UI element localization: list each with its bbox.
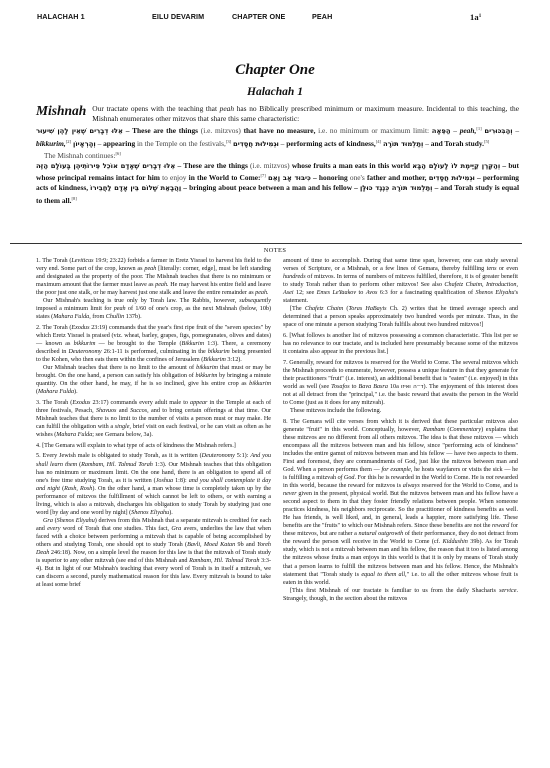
note-emphasis: Shenos Eliyahu [131,510,169,516]
gloss: one's [350,173,365,182]
note-emphasis: And you shall learn them [36,453,271,467]
running-head-chapter: CHAPTER ONE [232,12,285,21]
hebrew-phrase: וּגְמִילוּת חֲסָדִים [233,140,279,148]
note-emphasis: Gra [171,526,181,532]
intro-text: Our tractate opens with the teaching tha… [92,104,219,113]
note-emphasis: Commentary [449,427,481,433]
note-emphasis: bikkurim [249,381,271,387]
note-emphasis: Joshua [156,478,173,484]
note-paragraph: These mitzvos include the following. [283,407,518,415]
notes-column-left: 1. The Torah (Leviticus 19:9; 23:22) for… [36,257,271,589]
translation: – These are the things [175,161,250,170]
note-paragraph: 5. Every Jewish male is obligated to stu… [36,452,271,516]
note-emphasis: bikkurim [208,349,230,355]
note-emphasis: every [47,526,60,532]
note-paragraph: Our Mishnah teaches that there is no lim… [36,364,271,396]
note-paragraph: Gra (Shenos Eliyahu) derives from this M… [36,517,271,589]
notes-divider [10,243,522,244]
note-emphasis: Gra [43,518,53,524]
page-number: 1a1 [470,12,481,22]
hebrew-phrase: אֵלּוּ דְבָרִים שֶׁאָדָם אוֹכֵל פֵּירוֹת… [36,162,175,170]
note-emphasis: tens [487,266,497,272]
note-emphasis: for example [381,467,410,473]
gloss: to enjoy [160,173,189,182]
halachah-title: Halachah 1 [0,86,550,98]
note-emphasis: Rambam, Hil. Talmud Torah [189,558,259,564]
hebrew-phrase: כִּיבּוּד אָב וָאֵם [268,174,311,182]
chapter-title: Chapter One [0,62,550,79]
note-emphasis: Bava Basra [359,384,388,390]
note-emphasis: Mahara Fulda [56,432,92,438]
note-emphasis: not [486,475,494,481]
footnote-ref[interactable]: [7] [260,173,265,178]
note-emphasis: Shavuos [96,408,116,414]
footnote-ref[interactable]: [8] [72,196,77,201]
translation: that have no measure, [241,126,316,135]
note-emphasis: Exodus [71,325,89,331]
note-emphasis: peah [114,306,126,312]
note-emphasis: Bavli, Moed Katan [187,542,235,548]
note-emphasis: reward [492,523,509,529]
running-head-tractate: EILU DEVARIM [152,12,204,21]
note-emphasis: service [499,588,516,594]
hebrew-phrase: וּגְמִילוּת חֲסָדִים [429,174,475,182]
note-emphasis: Chafetz Chaim [305,306,343,312]
note-emphasis: Tosafos [331,384,350,390]
translation: father and mother, [365,173,429,182]
note-emphasis: Avos [366,290,378,296]
hebrew-phrase: וַהֲבָאַת שָׁלוֹם בֵּין אָדָם לַחֲבֵירוֹ [90,184,181,192]
translation: bikkurim, [36,139,66,148]
translation: peah, [460,126,477,135]
notes-column-right: amount of time to accomplish. During tha… [283,257,518,603]
note-paragraph: 6. [What follows is another list of mitz… [283,332,518,356]
hebrew-phrase: וְהָרְאָיוֹן [73,140,96,148]
note-hebrew: ד״ה ואיזו [401,384,424,390]
note-paragraph: [The Chafetz Chaim (Toras HaBayis Ch. 2)… [283,305,518,329]
note-emphasis: never [283,491,297,497]
footnote-ref[interactable]: [1] [476,126,481,131]
note-emphasis: natural outgrowth [359,531,404,537]
note-paragraph: 3. The Torah (Exodus 23:17) commands eve… [36,399,271,439]
translation: – These are the things [123,126,201,135]
note-emphasis: Bikkurim [182,341,205,347]
note-emphasis: Maharа Fulda [53,314,89,320]
note-emphasis: Emes LeYaakov [317,290,356,296]
note-emphasis: hundreds [283,274,306,280]
footnote-ref[interactable]: [4] [376,139,381,144]
note-emphasis: bikkurim [74,341,96,347]
note-emphasis: Shenos Eliyahu [57,518,95,524]
footnote-ref[interactable]: [2] [66,139,71,144]
note-paragraph: 8. The Gemara will cite verses from whic… [283,418,518,587]
note-emphasis: bikkurim [196,373,218,379]
mishnah-label: Mishnah [36,103,86,118]
note-emphasis: Deuteronomy [68,349,101,355]
note-emphasis: Succos [130,408,147,414]
translation: in the World to Come: [189,173,261,182]
mishnah-list-1: אֵלּוּ דְבָרִים שֶׁאֵין לָהֶן שִׁיעוּר –… [36,124,519,148]
note-emphasis: of God [338,475,355,481]
note-emphasis: bikkurim [196,365,218,371]
note-emphasis: peah [144,266,156,272]
continues-text: The Mishnah continues: [44,151,115,160]
note-emphasis: Rambam [423,427,445,433]
gloss: in the Temple on the festivals, [135,139,226,148]
note-emphasis: Rash, Rosh [64,486,92,492]
hebrew-phrase: אֵלּוּ דְבָרִים שֶׁאֵין לָהֶן שִׁיעוּר [36,127,123,135]
note-paragraph: 7. Generally, reward for mitzvos is rese… [283,359,518,407]
note-emphasis: Shenos Eliyahu [476,290,515,296]
footnote-ref[interactable]: [3] [226,139,231,144]
notes-heading: NOTES [0,247,550,254]
mishnah-intro: Our tractate opens with the teaching tha… [36,104,519,124]
hebrew-phrase: וְהַבִּכּוּרִים [484,127,512,135]
page-number-value: 1a [470,12,479,22]
translation: and Torah study. [431,139,484,148]
note-emphasis: Chullin [106,314,124,320]
translation: – honoring [311,173,350,182]
hebrew-phrase: וְתַלְמוּד תּוֹרָה [383,140,423,148]
running-head-section: PEAH [312,12,332,21]
translation: performing acts of kindness, [286,139,376,148]
note-emphasis: Mahara Fulda [38,389,74,395]
hebrew-phrase: וְתַלְמוּד תּוֹרָה כְּנֶגֶד כּוּלָּן [360,184,433,192]
hebrew-phrase: וְהַקֶּרֶן קַיֶּימֶת לוֹ לָעוֹלָם הַבָּא [412,162,500,170]
note-emphasis: Leviticus [71,258,93,264]
note-emphasis: appear [190,400,207,406]
note-paragraph: 1. The Torah (Leviticus 19:9; 23:22) for… [36,257,271,297]
note-emphasis: Bikkurim [203,357,226,363]
note-emphasis: Toras HaBayis [348,306,386,312]
running-head-halachah: HALACHAH 1 [37,12,85,21]
note-emphasis: peah. [255,290,268,296]
note-emphasis: always [403,483,420,489]
note-paragraph: 2. The Torah (Exodus 23:19) commands tha… [36,324,271,364]
note-emphasis: Yoreh Deah [36,542,271,556]
note-paragraph: [This first Mishnah of our tractate is f… [283,587,518,603]
note-paragraph: Our Mishnah's teaching is true only by T… [36,297,271,321]
gloss: (i.e. mitzvos) [250,161,290,170]
page-number-sup: 1 [479,14,482,19]
note-paragraph: amount of time to accomplish. During tha… [283,257,518,305]
note-paragraph: 4. [The Gemara will explain to what type… [36,442,271,450]
gloss: i.e. no minimum or maximum limit: [315,126,431,135]
note-emphasis: equal to them all [361,572,405,578]
note-emphasis: subsequently [239,298,271,304]
translation: whose fruits a man eats in this world [290,161,413,170]
note-emphasis: peah. [155,282,168,288]
gloss: (i.e. mitzvos) [201,126,241,135]
hebrew-phrase: הַפֵּאָה [432,127,451,135]
footnote-ref[interactable]: [6] [115,151,120,156]
mishnah-list-2: אֵלּוּ דְבָרִים שֶׁאָדָם אוֹכֵל פֵּירוֹת… [36,161,519,206]
translation: – bringing about peace between a man and… [181,183,360,192]
note-emphasis: Kiddushin [443,539,468,545]
note-emphasis: Rambam, Hil. Talmud Torah [81,462,153,468]
footnote-ref[interactable]: [5] [484,139,489,144]
mishnah-section: Mishnah Our tractate opens with the teac… [36,104,519,206]
intro-em: peah [220,104,234,113]
note-emphasis: single [115,424,130,430]
mishnah-continues: The Mishnah continues:[6] [36,149,519,161]
translation: appearing [103,139,135,148]
running-head: HALACHAH 1 EILU DEVARIM CHAPTER ONE PEAH… [0,12,550,26]
note-emphasis: Exodus [72,400,90,406]
note-emphasis: Deuteronomy [202,453,235,459]
